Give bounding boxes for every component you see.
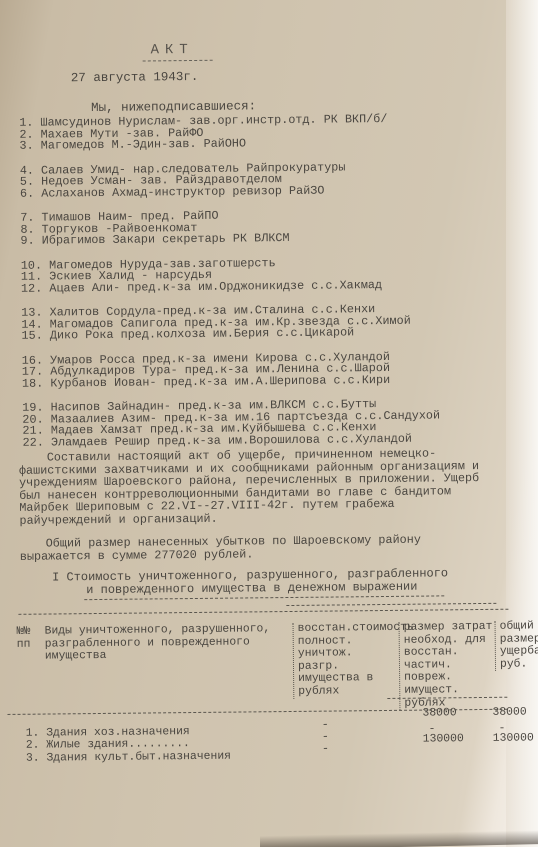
total-damage-column: 38000 - 130000 <box>492 706 538 749</box>
header-total-damage: общий размер ущерба в руб. <box>495 620 538 671</box>
document-date: 27 августа 1943г. <box>71 70 199 85</box>
table-row-label: 3. Здания культ.быт.назначения <box>26 750 286 765</box>
title-underline <box>143 60 213 62</box>
table-header: №№ пп Виды уничтоженного, разрушенного, … <box>17 620 537 625</box>
restore-cost-cell: - <box>322 743 329 755</box>
header-restore-cost: восстан.стоимость полност. уничтож. разг… <box>293 622 399 699</box>
table-top-rule <box>18 609 508 615</box>
signatory-group: 19. Насипов Зайнадин- пред.к-за им.ВЛКСМ… <box>22 398 502 449</box>
header-number: №№ пп <box>17 626 43 651</box>
repair-expense-cell: 38000 <box>422 707 492 724</box>
repair-expense-column: 38000 - 130000 <box>422 707 492 750</box>
section-numeral: I <box>52 570 59 584</box>
signatory: 18. Курбанов Иован- пред.к-за им.А.Шерип… <box>22 373 502 390</box>
row-labels: 1. Здания хоз.назначения 2. Жилые здания… <box>26 725 286 765</box>
signatory-group: 4. Салаев Умид- нар.следователь Райпроку… <box>20 160 500 200</box>
act-paragraph: Составили настоящий акт об ущербе, причи… <box>19 447 490 527</box>
signatory-group: 13. Халитов Сордула-пред.к-за им.Сталина… <box>21 303 501 343</box>
table-top-rule-2 <box>286 603 496 606</box>
total-damage-cell: - <box>493 722 538 733</box>
signatory-group: 1. Шамсудинов Нурислам- зав.орг.инстр.от… <box>19 113 499 153</box>
signatory-group: 7. Тимашов Наим- пред. РайПО 8. Торгуков… <box>20 208 500 248</box>
total-damage-cell: 130000 <box>493 732 538 749</box>
signatory: 6. Аслаханов Ахмад-инструктор ревизор Ра… <box>20 183 500 200</box>
signatory: 3. Магомедов М.-Эдин-зав. РайОНО <box>19 136 499 153</box>
signatory: 15. Дико Рока пред.колхоза им.Берия с.с.… <box>21 326 501 343</box>
document-title: АКТ <box>150 42 193 58</box>
signatory-group: 10. Магомедов Нуруда-зав.заготшерсть 11.… <box>21 255 501 295</box>
document-page: АКТ 27 августа 1943г. Мы, нижеподписавши… <box>0 0 538 847</box>
signatories-list: 1. Шамсудинов Нурислам- зав.орг.инстр.от… <box>19 113 503 462</box>
header-property-kind: Виды уничтоженного, разрушенного, разгра… <box>45 623 285 663</box>
total-damage-statement: Общий размер нанесенных убытков по Шарое… <box>20 533 460 564</box>
repair-expense-cell: 130000 <box>423 733 493 750</box>
section-heading: I Стоимость уничтоженного, разрушенного,… <box>52 567 472 597</box>
signatory-group: 16. Умаров Росса пред.к-за имени Кирова … <box>22 350 502 390</box>
signatory: 9. Ибрагимов Закари секретарь РК ВЛКСМ <box>20 231 500 248</box>
total-damage-cell: 38000 <box>492 706 538 723</box>
signatory: 12. Ацаев Али- пред.к-за им.Орджоникидзе… <box>21 278 501 295</box>
